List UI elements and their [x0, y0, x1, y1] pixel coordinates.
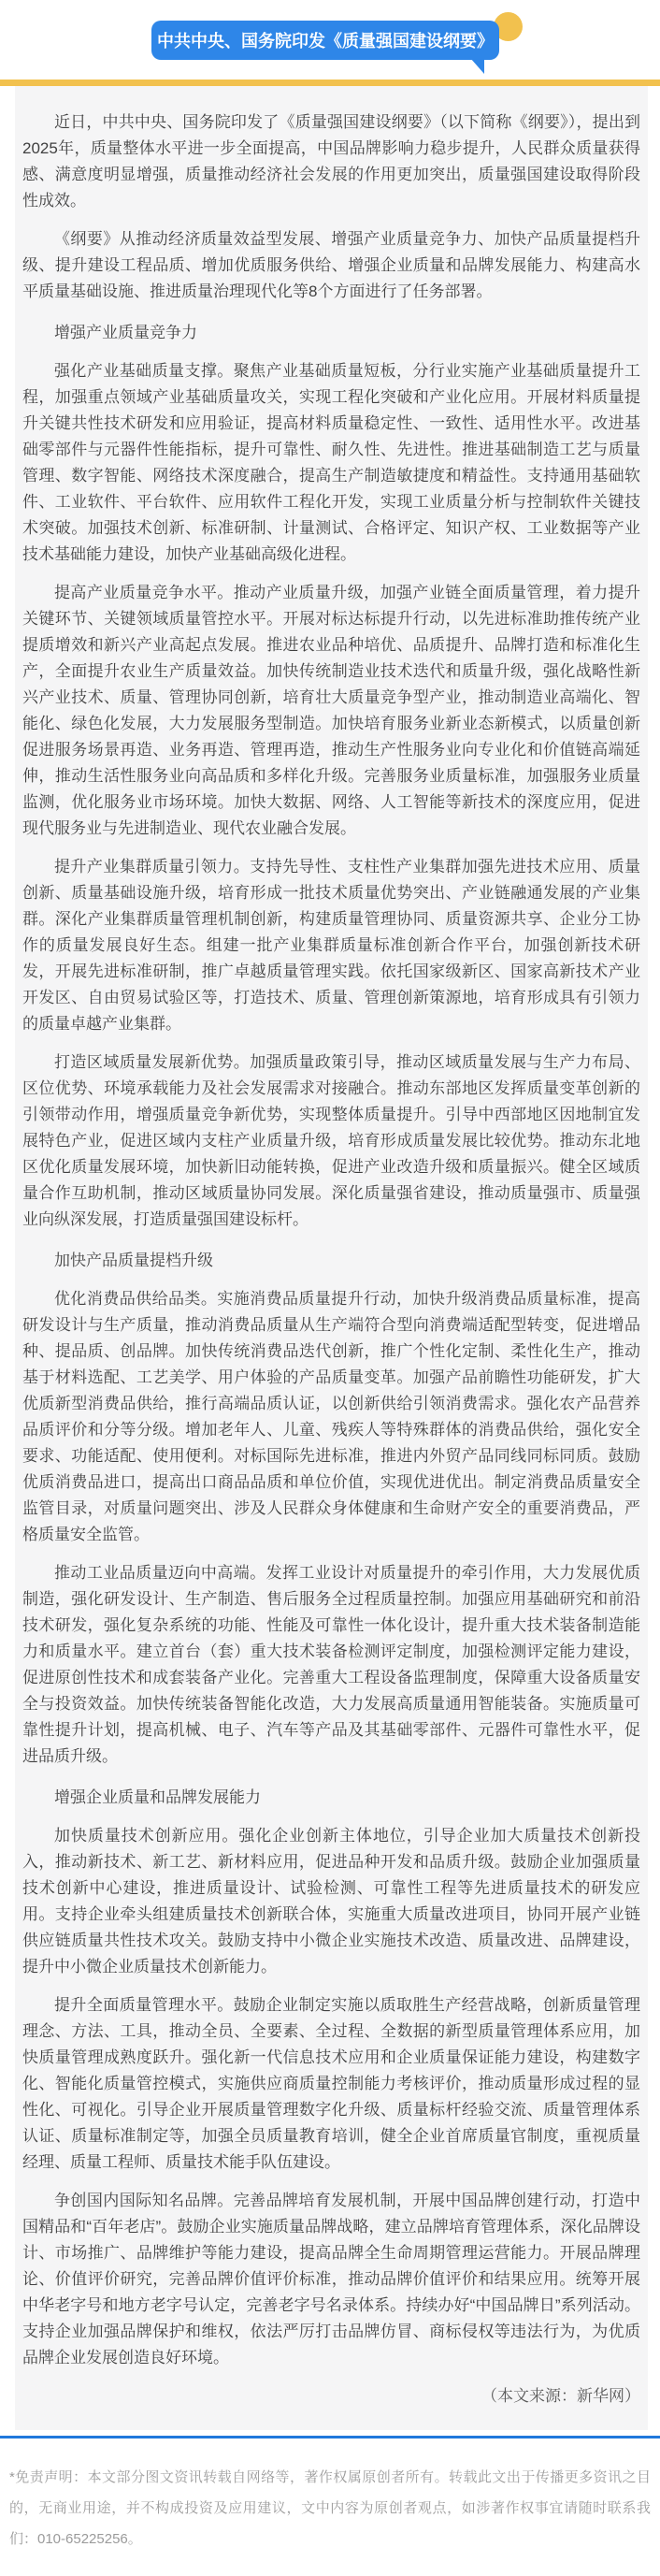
- article-paragraph: 加快质量技术创新应用。强化企业创新主体地位，引导企业加大质量技术创新投入，推动新…: [22, 1823, 640, 1980]
- article-paragraph: 《纲要》从推动经济质量效益型发展、增强产业质量竞争力、加快产品质量提档升级、提升…: [22, 226, 640, 305]
- article-paragraph: 提升产业集群质量引领力。支持先导性、支柱性产业集群加强先进技术应用、质量创新、质…: [22, 854, 640, 1037]
- section-heading: 加快产品质量提档升级: [22, 1248, 640, 1274]
- page-footer: *免责声明：本文部分图文资讯转载自网络等，著作权属原创者所有。转载此文出于传播更…: [0, 2439, 660, 2576]
- article-paragraph: 近日，中共中央、国务院印发了《质量强国建设纲要》（以下简称《纲要》），提出到20…: [22, 109, 640, 214]
- article-paragraph: 强化产业基础质量支撑。聚焦产业基础质量短板，分行业实施产业基础质量提升工程，加强…: [22, 358, 640, 568]
- title-bubble: 中共中央、国务院印发《质量强国建设纲要》: [151, 21, 499, 60]
- source-line: （本文来源：新华网）: [22, 2383, 640, 2410]
- disclaimer-text: *免责声明：本文部分图文资讯转载自网络等，著作权属原创者所有。转载此文出于传播更…: [9, 2462, 651, 2554]
- page-header: 中共中央、国务院印发《质量强国建设纲要》: [0, 0, 660, 86]
- article-body: 近日，中共中央、国务院印发了《质量强国建设纲要》（以下简称《纲要》），提出到20…: [22, 109, 640, 2371]
- page-title: 中共中央、国务院印发《质量强国建设纲要》: [157, 28, 494, 52]
- article-paragraph: 争创国内国际知名品牌。完善品牌培育发展机制，开展中国品牌创建行动，打造中国精品和…: [22, 2188, 640, 2371]
- article-paragraph: 提高产业质量竞争水平。推动产业质量升级，加强产业链全面质量管理，着力提升关键环节…: [22, 580, 640, 842]
- article-card: 近日，中共中央、国务院印发了《质量强国建设纲要》（以下简称《纲要》），提出到20…: [15, 86, 648, 2430]
- article-paragraph: 推动工业品质量迈向中高端。发挥工业设计对质量提升的牵引作用，大力发展优质制造，强…: [22, 1560, 640, 1770]
- bubble-tail: [470, 58, 484, 74]
- section-heading: 增强产业质量竞争力: [22, 320, 640, 346]
- article-paragraph: 提升全面质量管理水平。鼓励企业制定实施以质取胜生产经营战略，创新质量管理理念、方…: [22, 1992, 640, 2176]
- article-paragraph: 打造区域质量发展新优势。加强质量政策引导，推动区域质量发展与生产力布局、区位优势…: [22, 1049, 640, 1233]
- yellow-divider: [0, 80, 660, 86]
- section-heading: 增强企业质量和品牌发展能力: [22, 1785, 640, 1811]
- article-paragraph: 优化消费品供给品类。实施消费品质量提升行动，加快升级消费品质量标准，提高研发设计…: [22, 1286, 640, 1548]
